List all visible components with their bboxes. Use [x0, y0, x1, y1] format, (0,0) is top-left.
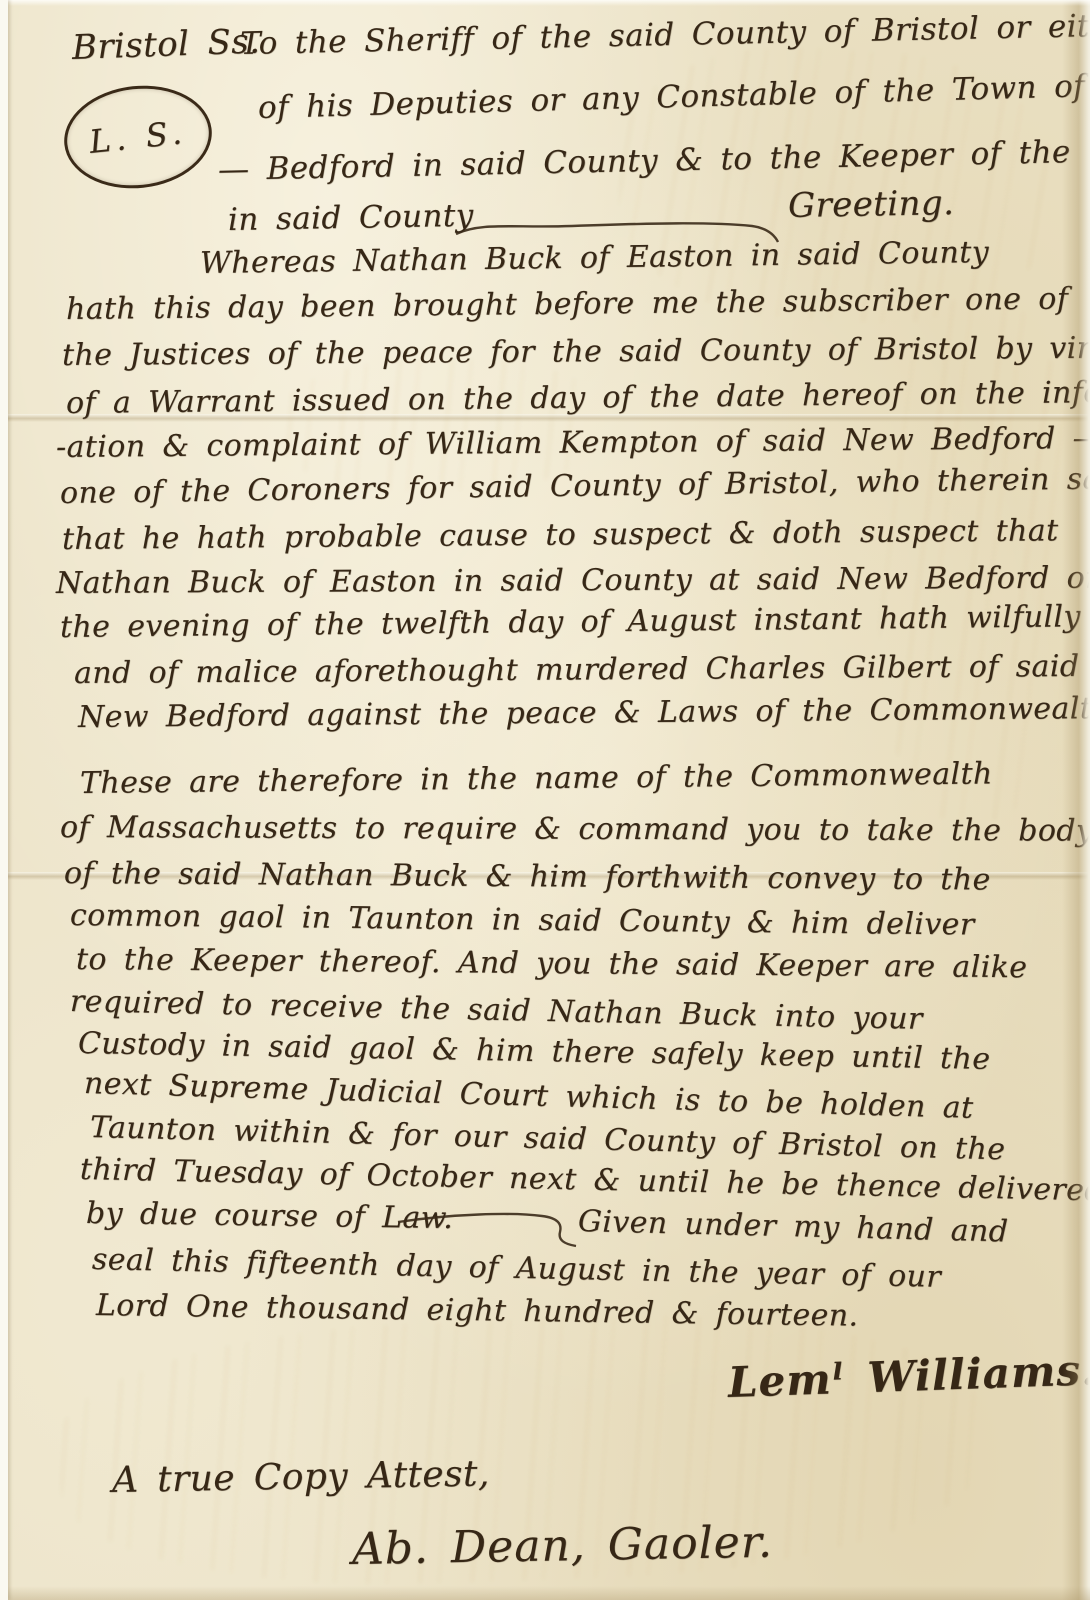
- manuscript-line: of Massachusetts to require & command yo…: [60, 810, 1090, 849]
- salutation-line: — Bedford in said County & to the Keeper…: [218, 132, 1090, 188]
- manuscript-line: Nathan Buck of Easton in said County at …: [56, 561, 1090, 601]
- manuscript-line: one of the Coroners for said County of B…: [60, 461, 1090, 511]
- manuscript-line: of a Warrant issued on the day of the da…: [66, 375, 1090, 421]
- flourish-line: [392, 1200, 582, 1250]
- manuscript-line: and of malice aforethought murdered Char…: [74, 649, 1080, 691]
- manuscript-line: Lord One thousand eight hundred & fourte…: [96, 1288, 859, 1334]
- attestation-line: A true Copy Attest,: [112, 1453, 490, 1501]
- document-page: Bristol Ss. To the Sheriff of the said C…: [0, 0, 1090, 1600]
- manuscript-line: New Bedford against the peace & Laws of …: [78, 691, 1090, 735]
- manuscript-line: -ation & complaint of William Kempton of…: [56, 421, 1090, 465]
- manuscript-line: hath this day been brought before me the…: [66, 282, 1069, 327]
- manuscript-line: common gaol in Taunton in said County & …: [70, 898, 975, 942]
- manuscript-line: Whereas Nathan Buck of Easton in said Co…: [200, 235, 990, 281]
- signature: Lemˡ Williams.: [727, 1345, 1090, 1407]
- seal-mark: L. S.: [59, 79, 217, 196]
- manuscript-line: seal this fifteenth day of August in the…: [92, 1242, 942, 1295]
- manuscript-line: that he hath probable cause to suspect &…: [62, 513, 1059, 557]
- salutation-line: in said County: [228, 198, 474, 238]
- manuscript-line: the evening of the twelfth day of August…: [60, 599, 1081, 645]
- seal-initials: L. S.: [87, 113, 188, 161]
- gaoler-signature: Ab. Dean, Gaoler.: [352, 1517, 774, 1575]
- manuscript-line: the Justices of the peace for the said C…: [62, 330, 1090, 373]
- greeting-word: Greeting.: [788, 183, 955, 226]
- scan-edge: [0, 0, 8, 1600]
- manuscript-line: to the Keeper thereof. And you the said …: [76, 942, 1028, 985]
- paper-edge: [0, 1586, 1090, 1600]
- salutation-line: of his Deputies or any Constable of the …: [258, 66, 1090, 126]
- paper-edge: [0, 0, 1090, 6]
- paper-edge: [1062, 0, 1090, 1600]
- salutation-line: To the Sheriff of the said County of Bri…: [240, 7, 1090, 62]
- manuscript-line: Given under my hand and: [578, 1204, 1009, 1250]
- manuscript-line: of the said Nathan Buck & him forthwith …: [64, 856, 991, 897]
- manuscript-line: These are therefore in the name of the C…: [80, 756, 993, 801]
- jurisdiction-label: Bristol Ss.: [71, 21, 261, 68]
